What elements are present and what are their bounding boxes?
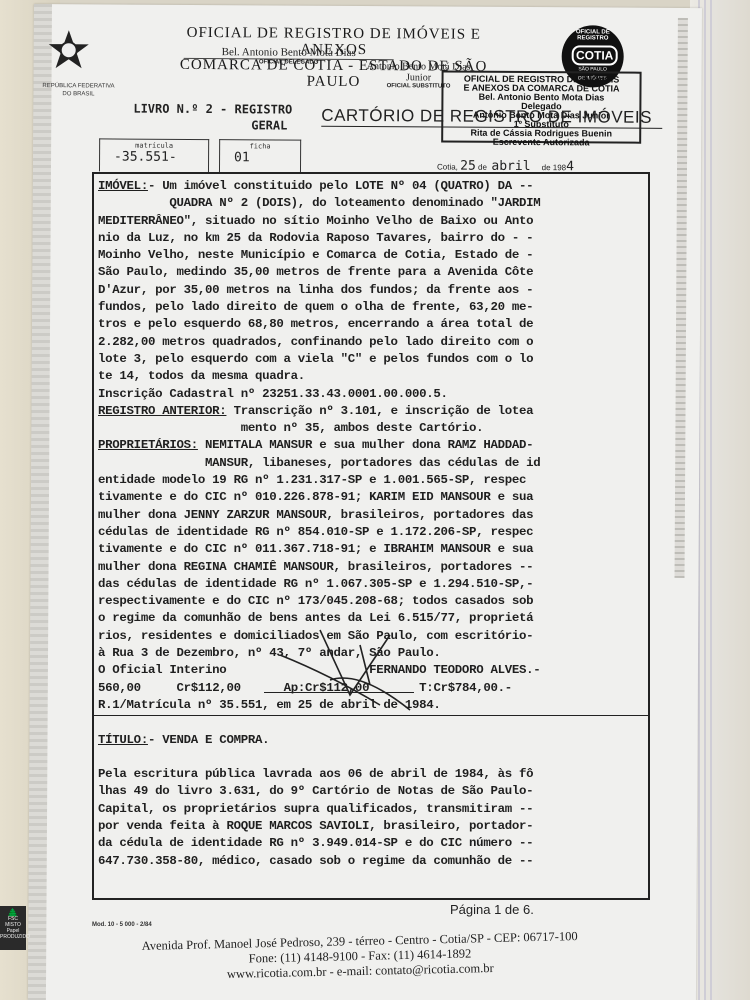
text-line: respectivamente e do CIC nº 173/045.208-… — [98, 594, 533, 608]
text-line: Moinho Velho, neste Município e Comarca … — [98, 248, 533, 262]
text-line: Inscrição Cadastral nº 23251.33.43.0001.… — [98, 387, 448, 401]
text-line: T:Cr$784,00.- — [419, 681, 512, 695]
text-line: - VENDA E COMPRA. — [148, 733, 269, 747]
text-line: mulher dona JENNY ZARZUR MANSOUR, brasil… — [98, 508, 533, 522]
text-line: Pela escritura pública lavrada aos 06 de… — [98, 767, 533, 781]
ficha-number: 01 — [234, 150, 300, 165]
text-line: lote 3, pelo esquerdo com a viela "C" e … — [98, 352, 533, 366]
page-number: Página 1 de 6. — [450, 902, 534, 917]
text-line: te 14, todos da mesma quadra. — [98, 369, 305, 383]
book-label: LIVRO N.º 2 - REGISTRO GERAL — [133, 101, 292, 134]
text-line: tivamente e do CIC nº 010.226.878-91; KA… — [98, 490, 533, 504]
emblem-caption: REPÚBLICA FEDERATIVA DO BRASIL — [33, 82, 123, 99]
text-line: TÍTULO: — [98, 733, 148, 747]
text-line: 560,00 — [98, 681, 141, 695]
text-line: São Paulo, medindo 35,00 metros de frent… — [98, 265, 533, 279]
text-line: 2.282,00 metros quadrados, confinando pe… — [98, 335, 533, 349]
matricula-number: -35.551- — [114, 149, 208, 165]
text-line: fundos, pelo lado direito de quem o olha… — [98, 300, 533, 314]
text-line: nio da Luz, no km 25 da Rodovia Raposo T… — [98, 231, 533, 245]
text-line: por venda feita à ROQUE MARCOS SAVIOLI, … — [98, 819, 533, 833]
text-line: D'Azur, por 35,00 metros na linha dos fu… — [98, 283, 533, 297]
form-model: Mod. 10 - 5 000 - 2/84 — [92, 922, 152, 928]
text-line: QUADRA Nº 2 (DOIS), do loteamento denomi… — [98, 196, 540, 210]
text-line: da cédula de identidade RG nº 3.949.014-… — [98, 836, 533, 850]
text-line: cédulas de identidade RG nº 854.010-SP e… — [98, 525, 533, 539]
text-line: O Oficial Interino — [98, 663, 226, 677]
text-line: tivamente e do CIC nº 011.367.718-91; e … — [98, 542, 533, 556]
text-line: MANSUR, libaneses, portadores das cédula… — [98, 456, 540, 470]
fsc-logo: 🌲 FSC MISTO Papel PRODUZIDO — [0, 906, 26, 950]
text-line: mento nº 35, ambos deste Cartório. — [98, 421, 483, 435]
text-line: MEDITERRÂNEO", situado no sítio Moinho V… — [98, 214, 533, 228]
text-line: - Um imóvel constituido pelo LOTE Nº 04 … — [148, 179, 533, 193]
registry-office-name: CARTÓRIO DE REGISTRO DE IMÓVEIS — [321, 106, 662, 129]
text-line: Cr$112,00 — [177, 681, 241, 695]
text-line: tros e pelo esquerdo 68,80 metros, encer… — [98, 317, 533, 331]
handwritten-signature — [270, 625, 420, 715]
text-line: REGISTRO ANTERIOR: — [98, 404, 226, 418]
text-line: o regime da comunhão de bens antes da Le… — [98, 611, 533, 625]
text-line: Capital, os proprietários supra qualific… — [98, 802, 533, 816]
entry-separator — [92, 715, 650, 716]
copy-edge-artifact — [675, 18, 688, 578]
text-line: IMÓVEL: — [98, 179, 148, 193]
text-line: entidade modelo 19 RG nº 1.231.317-SP e … — [98, 473, 526, 487]
record-text: IMÓVEL:- Um imóvel constituido pelo LOTE… — [98, 178, 648, 870]
matricula-box: matrícula -35.551- — [99, 138, 209, 172]
ficha-box: ficha 01 — [219, 139, 301, 173]
coat-of-arms-icon — [46, 28, 92, 74]
text-line: das cédulas de identidade RG nº 1.067.30… — [98, 577, 533, 591]
text-line: PROPRIETÁRIOS: — [98, 438, 198, 452]
text-line: lhas 49 do livro 3.631, do 9º Cartório d… — [98, 784, 533, 798]
text-line: NEMITALA MANSUR e sua mulher dona RAMZ H… — [198, 438, 533, 452]
text-line: mulher dona REGINA CHAMIÊ MANSOUR, brasi… — [98, 560, 533, 574]
text-line: Transcrição nº 3.101, e inscrição de lot… — [226, 404, 533, 418]
text-line: 647.730.358-80, médico, casado sob o reg… — [98, 854, 533, 868]
